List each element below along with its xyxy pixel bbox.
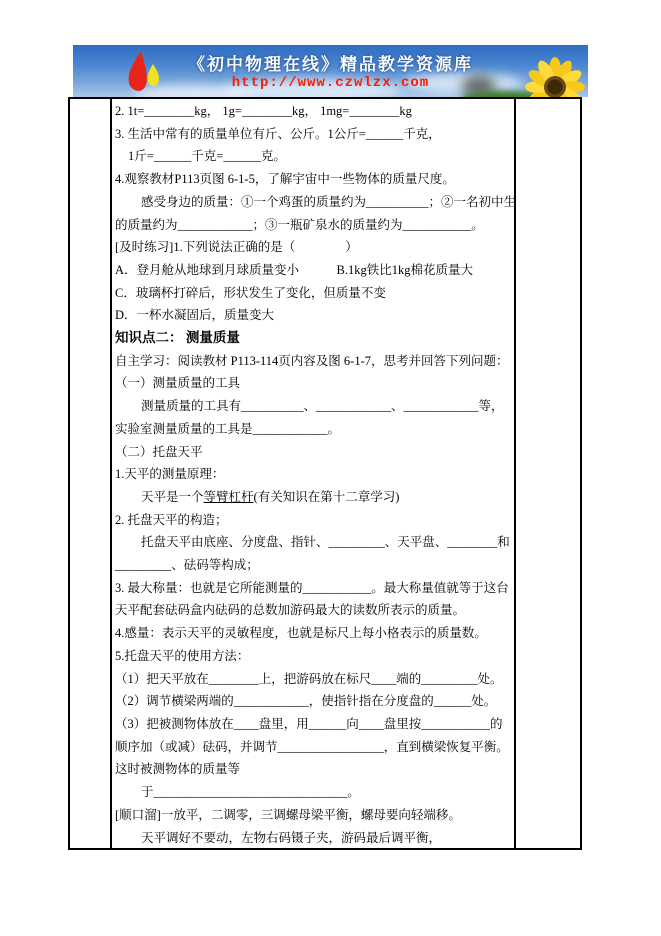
doc-line: （3）把被测物体放在____盘里，用______向____盘里按________… [115, 713, 514, 736]
doc-line: （2）调节横梁两端的____________，使指针指在分度盘的______处。 [115, 690, 514, 713]
doc-text: D．一杯水凝固后，质量变大 [115, 308, 274, 322]
doc-line: 天平配套砝码盒内砝码的总数加游码最大的读数所表示的质量。 [115, 599, 514, 622]
doc-text: 1斤=______千克=______克。 [128, 149, 286, 163]
doc-text: （2）调节横梁两端的____________，使指针指在分度盘的______处。 [115, 694, 496, 708]
doc-line: 于_______________________________。 [115, 781, 514, 804]
doc-line: 感受身边的质量：①一个鸡蛋的质量约为__________；②一名初中生 [115, 191, 514, 214]
site-banner: 《初中物理在线》精品教学资源库 http://www.czwlzx.com [73, 45, 588, 97]
flame-logo-icon [119, 49, 171, 97]
doc-line: 这时被测物体的质量等 [115, 758, 514, 781]
doc-line: 3. 生活中常有的质量单位有斤、公斤。1公斤=______千克， [115, 123, 514, 146]
content-column: 2. 1t=________kg， 1g=________kg， 1mg=___… [112, 99, 514, 848]
worksheet-table: 2. 1t=________kg， 1g=________kg， 1mg=___… [68, 97, 582, 850]
doc-text: 托盘天平由底座、分度盘、指针、_________、天平盘、________和 [141, 535, 510, 549]
doc-text: 于_______________________________。 [141, 785, 360, 799]
doc-text: 天平是一个 [141, 490, 204, 504]
doc-line: 2. 1t=________kg， 1g=________kg， 1mg=___… [115, 100, 514, 123]
doc-text: 天平配套砝码盒内砝码的总数加游码最大的读数所表示的质量。 [115, 603, 465, 617]
doc-line: （一）测量质量的工具 [115, 372, 514, 395]
doc-line: 自主学习：阅读教材 P113-114页内容及图 6-1-7，思考并回答下列问题： [115, 350, 514, 373]
doc-text: 1.天平的测量原理： [115, 467, 224, 481]
doc-line: 4.观察教材P113页图 6-1-5，了解宇宙中一些物体的质量尺度。 [115, 168, 514, 191]
doc-text: [顺口溜]一放平，二调零，三调螺母梁平衡，螺母要向轻端移。 [115, 808, 461, 822]
doc-text: 天平调好不要动，左物右码镊子夹，游码最后调平衡， [141, 831, 441, 845]
doc-line: 实验室测量质量的工具是____________。 [115, 418, 514, 441]
doc-line: [及时练习]1.下列说法正确的是（ ） [115, 236, 514, 259]
doc-text: 知识点二： 测量质量 [115, 330, 240, 345]
doc-text: 顺序加（或减）砝码，并调节_________________，直到横梁恢复平衡。 [115, 740, 509, 754]
doc-text: 2. 托盘天平的构造； [115, 513, 228, 527]
doc-text: （二）托盘天平 [115, 445, 203, 459]
sunflower-icon [524, 57, 586, 97]
left-margin-column [70, 99, 112, 848]
doc-text: （1）把天平放在________上，把游码放在标尺____端的_________… [115, 672, 503, 686]
doc-line: （1）把天平放在________上，把游码放在标尺____端的_________… [115, 668, 514, 691]
doc-line: D．一杯水凝固后，质量变大 [115, 304, 514, 327]
doc-text: （一）测量质量的工具 [115, 376, 240, 390]
doc-line: 托盘天平由底座、分度盘、指针、_________、天平盘、________和 [115, 531, 514, 554]
doc-line: 2. 托盘天平的构造； [115, 509, 514, 532]
doc-line: [顺口溜]一放平，二调零，三调螺母梁平衡，螺母要向轻端移。 [115, 804, 514, 827]
doc-text: [及时练习]1.下列说法正确的是（ ） [115, 240, 358, 254]
doc-text: A．登月舱从地球到月球质量变小 B.1kg铁比1kg棉花质量大 [115, 263, 473, 277]
doc-text: 实验室测量质量的工具是____________。 [115, 422, 340, 436]
doc-line: C．玻璃杯打碎后，形状发生了变化，但质量不变 [115, 282, 514, 305]
doc-text: 自主学习：阅读教材 P113-114页内容及图 6-1-7，思考并回答下列问题： [115, 354, 509, 368]
doc-text: 测量质量的工具有__________、____________、________… [141, 399, 504, 413]
doc-text: 这时被测物体的质量等 [115, 762, 240, 776]
doc-text: （3）把被测物体放在____盘里，用______向____盘里按________… [115, 717, 503, 731]
doc-line: 顺序加（或减）砝码，并调节_________________，直到横梁恢复平衡。 [115, 736, 514, 759]
doc-line: 4.感量：表示天平的灵敏程度，也就是标尺上每小格表示的质量数。 [115, 622, 514, 645]
doc-line: A．登月舱从地球到月球质量变小 B.1kg铁比1kg棉花质量大 [115, 259, 514, 282]
underlined-term: 等臂杠杆 [204, 490, 254, 504]
doc-text: 5.托盘天平的使用方法： [115, 649, 249, 663]
doc-text: 2. 1t=________kg， 1g=________kg， 1mg=___… [115, 104, 412, 118]
doc-line: 天平是一个等臂杠杆(有关知识在第十二章学习) [115, 486, 514, 509]
doc-line: 1斤=______千克=______克。 [115, 145, 514, 168]
doc-text: C．玻璃杯打碎后，形状发生了变化，但质量不变 [115, 286, 386, 300]
doc-line: 1.天平的测量原理： [115, 463, 514, 486]
doc-text: (有关知识在第十二章学习) [254, 490, 400, 504]
doc-text: _________、砝码等构成； [115, 558, 259, 572]
doc-line: 天平调好不要动，左物右码镊子夹，游码最后调平衡， [115, 827, 514, 849]
doc-text: 4.感量：表示天平的灵敏程度，也就是标尺上每小格表示的质量数。 [115, 626, 487, 640]
doc-line: 的质量约为____________；③一瓶矿泉水的质量约为___________… [115, 214, 514, 237]
doc-line: 测量质量的工具有__________、____________、________… [115, 395, 514, 418]
doc-line: （二）托盘天平 [115, 441, 514, 464]
doc-text: 4.观察教材P113页图 6-1-5，了解宇宙中一些物体的质量尺度。 [115, 172, 455, 186]
doc-line: 3. 最大称量：也就是它所能测量的___________。最大称量值就等于这台 [115, 577, 514, 600]
doc-line: 知识点二： 测量质量 [115, 327, 514, 350]
doc-text: 感受身边的质量：①一个鸡蛋的质量约为__________；②一名初中生 [141, 195, 514, 209]
doc-line: _________、砝码等构成； [115, 554, 514, 577]
doc-text: 3. 最大称量：也就是它所能测量的___________。最大称量值就等于这台 [115, 581, 509, 595]
right-margin-column [514, 99, 576, 848]
doc-line: 5.托盘天平的使用方法： [115, 645, 514, 668]
doc-text: 的质量约为____________；③一瓶矿泉水的质量约为___________… [115, 218, 484, 232]
doc-text: 3. 生活中常有的质量单位有斤、公斤。1公斤=______千克， [115, 127, 441, 141]
